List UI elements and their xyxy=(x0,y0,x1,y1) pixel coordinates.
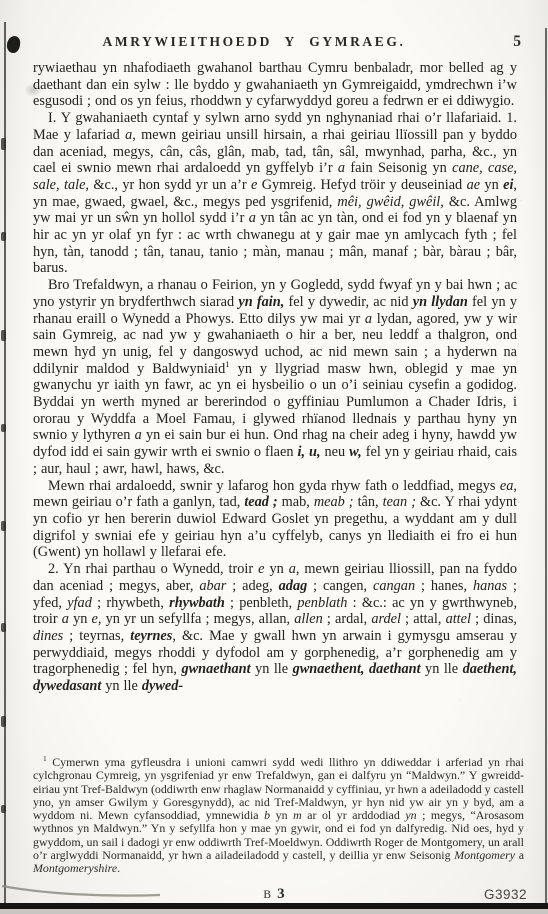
scan-artifact xyxy=(1,424,6,432)
signature-letter: B xyxy=(263,889,273,901)
printer-signature: B 3 xyxy=(0,885,548,903)
scan-catalog-number: G3932 xyxy=(484,887,527,902)
scan-edge-right-line xyxy=(545,28,547,903)
body-paragraph: I. Y gwahaniaeth cyntaf y sylwn arno syd… xyxy=(33,110,517,277)
scan-noise-speckles xyxy=(0,0,1,1)
scan-artifact xyxy=(1,716,6,727)
scan-artifact xyxy=(1,138,6,150)
scan-artifact xyxy=(1,623,6,632)
scan-artifact xyxy=(1,232,6,241)
footnote: 1 Cymerwn yma gyfleusdra i unioni camwri… xyxy=(33,756,524,876)
body-paragraph: 2. Yn rhai parthau o Wynedd, troir e yn … xyxy=(33,561,517,695)
page-number: 5 xyxy=(513,33,521,51)
body-text: rywiaethau yn nhafodiaeth gwahanol barth… xyxy=(33,60,517,695)
scanned-book-page: AMRYWIEITHOEDD Y GYMRAEG. 5 rywiaethau y… xyxy=(0,0,548,914)
body-paragraph: rywiaethau yn nhafodiaeth gwahanol barth… xyxy=(33,60,517,110)
scan-edge-left-line xyxy=(4,22,6,903)
signature-number: 3 xyxy=(277,886,285,902)
footnote-paragraph: 1 Cymerwn yma gyfleusdra i unioni camwri… xyxy=(33,756,524,876)
running-header-title: AMRYWIEITHOEDD Y GYMRAEG. xyxy=(0,34,508,50)
scan-artifact xyxy=(1,330,6,341)
scan-artifact xyxy=(1,521,6,531)
scan-background-strip xyxy=(0,909,548,914)
body-paragraph: Bro Trefaldwyn, a rhanau o Feirion, yn y… xyxy=(33,277,517,477)
scan-artifact xyxy=(1,805,6,813)
body-paragraph: Mewn rhai ardaloedd, swnir y lafarog hon… xyxy=(33,478,517,562)
